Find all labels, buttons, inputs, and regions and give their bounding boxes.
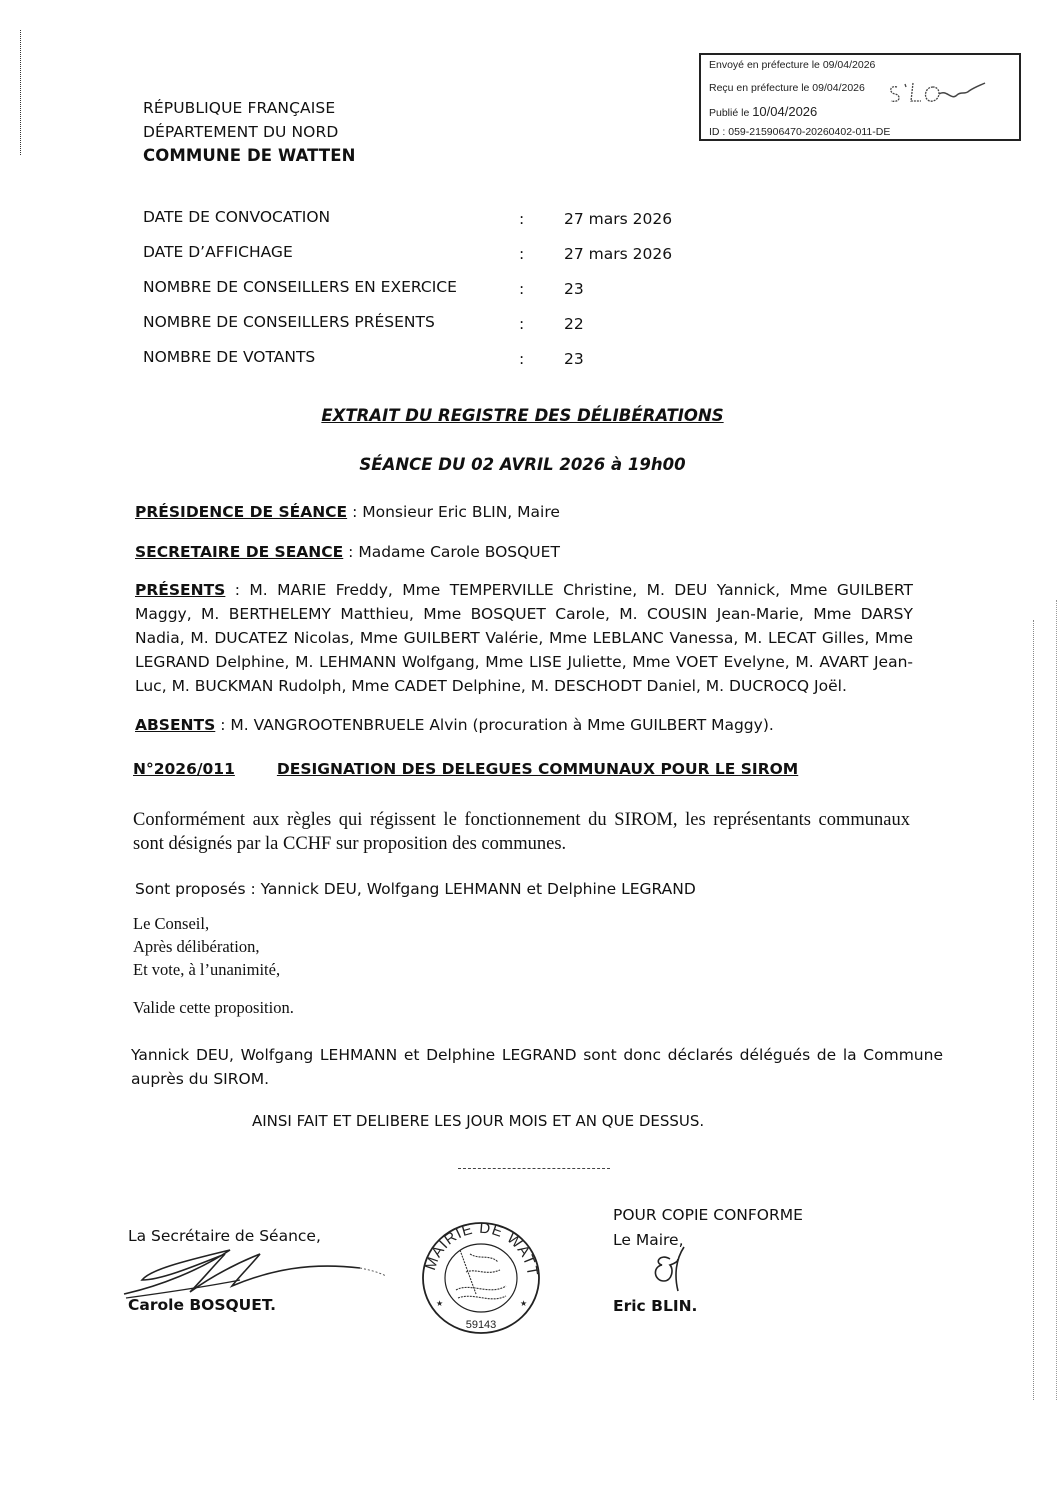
document-header: RÉPUBLIQUE FRANÇAISE DÉPARTEMENT DU NORD…: [143, 96, 356, 168]
scan-artifact-right-edge: [1056, 600, 1058, 1400]
presidence-line: PRÉSIDENCE DE SÉANCE : Monsieur Eric BLI…: [135, 500, 915, 524]
secretary-name: Carole BOSQUET.: [128, 1296, 276, 1314]
presents-label: PRÉSENTS: [135, 581, 225, 599]
council-line: Le Conseil,: [133, 912, 280, 935]
svg-text:MAIRIE DE WATTEN: MAIRIE DE WATTEN: [420, 1220, 541, 1278]
divider: [458, 1168, 610, 1169]
council-decision: Le Conseil, Après délibération, Et vote,…: [133, 912, 280, 981]
svg-text:★: ★: [436, 1299, 443, 1308]
info-label: DATE D’AFFICHAGE: [143, 243, 293, 261]
absents-value: : M. VANGROOTENBRUELE Alvin (procuration…: [215, 716, 774, 734]
info-value: 27 mars 2026: [564, 210, 672, 228]
info-separator: :: [519, 350, 524, 368]
info-label: NOMBRE DE VOTANTS: [143, 348, 315, 366]
deliberation-intro: Conformément aux règles qui régissent le…: [133, 808, 910, 856]
info-separator: :: [519, 210, 524, 228]
svg-text:★: ★: [520, 1299, 527, 1308]
info-separator: :: [519, 280, 524, 298]
deliberation-title: DESIGNATION DES DELEGUES COMMUNAUX POUR …: [277, 760, 798, 778]
secretary-label: SECRETAIRE DE SEANCE: [135, 543, 343, 561]
conclusion-paragraph: Yannick DEU, Wolfgang LEHMANN et Delphin…: [131, 1043, 943, 1091]
info-label: DATE DE CONVOCATION: [143, 208, 330, 226]
presidence-value: : Monsieur Eric BLIN, Maire: [347, 503, 560, 521]
absents-label: ABSENTS: [135, 716, 215, 734]
proposed-line: Sont proposés : Yannick DEU, Wolfgang LE…: [135, 877, 915, 901]
session-title: SÉANCE DU 02 AVRIL 2026 à 19h00: [0, 455, 1045, 474]
stamp-published-date: 10/04/2026: [752, 104, 817, 119]
absents-line: ABSENTS : M. VANGROOTENBRUELE Alvin (pro…: [135, 713, 915, 737]
stamp-published: Publié le 10/04/2026: [709, 104, 817, 119]
mayor-signature-icon: [650, 1245, 690, 1295]
info-value: 22: [564, 315, 584, 333]
extract-title-text: EXTRAIT DU REGISTRE DES DÉLIBÉRATIONS: [321, 406, 723, 425]
info-separator: :: [519, 315, 524, 333]
secretary-value: : Madame Carole BOSQUET: [343, 543, 560, 561]
deliberation-number: N°2026/011: [133, 760, 235, 778]
info-value: 23: [564, 280, 584, 298]
secretary-line: SECRETAIRE DE SEANCE : Madame Carole BOS…: [135, 540, 915, 564]
closing-line: AINSI FAIT ET DELIBERE LES JOUR MOIS ET …: [252, 1112, 704, 1130]
presents-paragraph: PRÉSENTS : M. MARIE Freddy, Mme TEMPERVI…: [135, 578, 913, 698]
handwritten-mark-icon: [887, 79, 987, 107]
municipal-seal-icon: MAIRIE DE WATTEN 59143 ★ ★: [420, 1220, 542, 1336]
presidence-label: PRÉSIDENCE DE SÉANCE: [135, 503, 347, 521]
info-separator: :: [519, 245, 524, 263]
after-deliberation-line: Après délibération,: [133, 935, 280, 958]
svg-text:59143: 59143: [466, 1319, 497, 1331]
republic-label: RÉPUBLIQUE FRANÇAISE: [143, 96, 356, 120]
scan-artifact-left: [20, 30, 22, 155]
department-label: DÉPARTEMENT DU NORD: [143, 120, 356, 144]
copy-conform-label: POUR COPIE CONFORME: [613, 1206, 803, 1224]
validate-line: Valide cette proposition.: [133, 998, 294, 1018]
stamp-received: Reçu en préfecture le 09/04/2026: [709, 82, 865, 94]
stamp-id: ID : 059-215906470-20260402-011-DE: [709, 126, 890, 138]
commune-label: COMMUNE DE WATTEN: [143, 144, 356, 168]
prefecture-stamp: Envoyé en préfecture le 09/04/2026 Reçu …: [699, 53, 1021, 141]
deliberation-heading: N°2026/011DESIGNATION DES DELEGUES COMMU…: [133, 760, 798, 778]
scan-artifact-right: [1033, 620, 1035, 1400]
extract-title: EXTRAIT DU REGISTRE DES DÉLIBÉRATIONS: [0, 406, 1045, 425]
info-value: 23: [564, 350, 584, 368]
info-label: NOMBRE DE CONSEILLERS PRÉSENTS: [143, 313, 435, 331]
info-label: NOMBRE DE CONSEILLERS EN EXERCICE: [143, 278, 457, 296]
info-value: 27 mars 2026: [564, 245, 672, 263]
vote-line: Et vote, à l’unanimité,: [133, 958, 280, 981]
stamp-sent: Envoyé en préfecture le 09/04/2026: [709, 59, 875, 71]
stamp-published-label: Publié le: [709, 107, 749, 119]
presents-value: : M. MARIE Freddy, Mme TEMPERVILLE Chris…: [135, 581, 913, 695]
mayor-name: Eric BLIN.: [613, 1297, 697, 1315]
